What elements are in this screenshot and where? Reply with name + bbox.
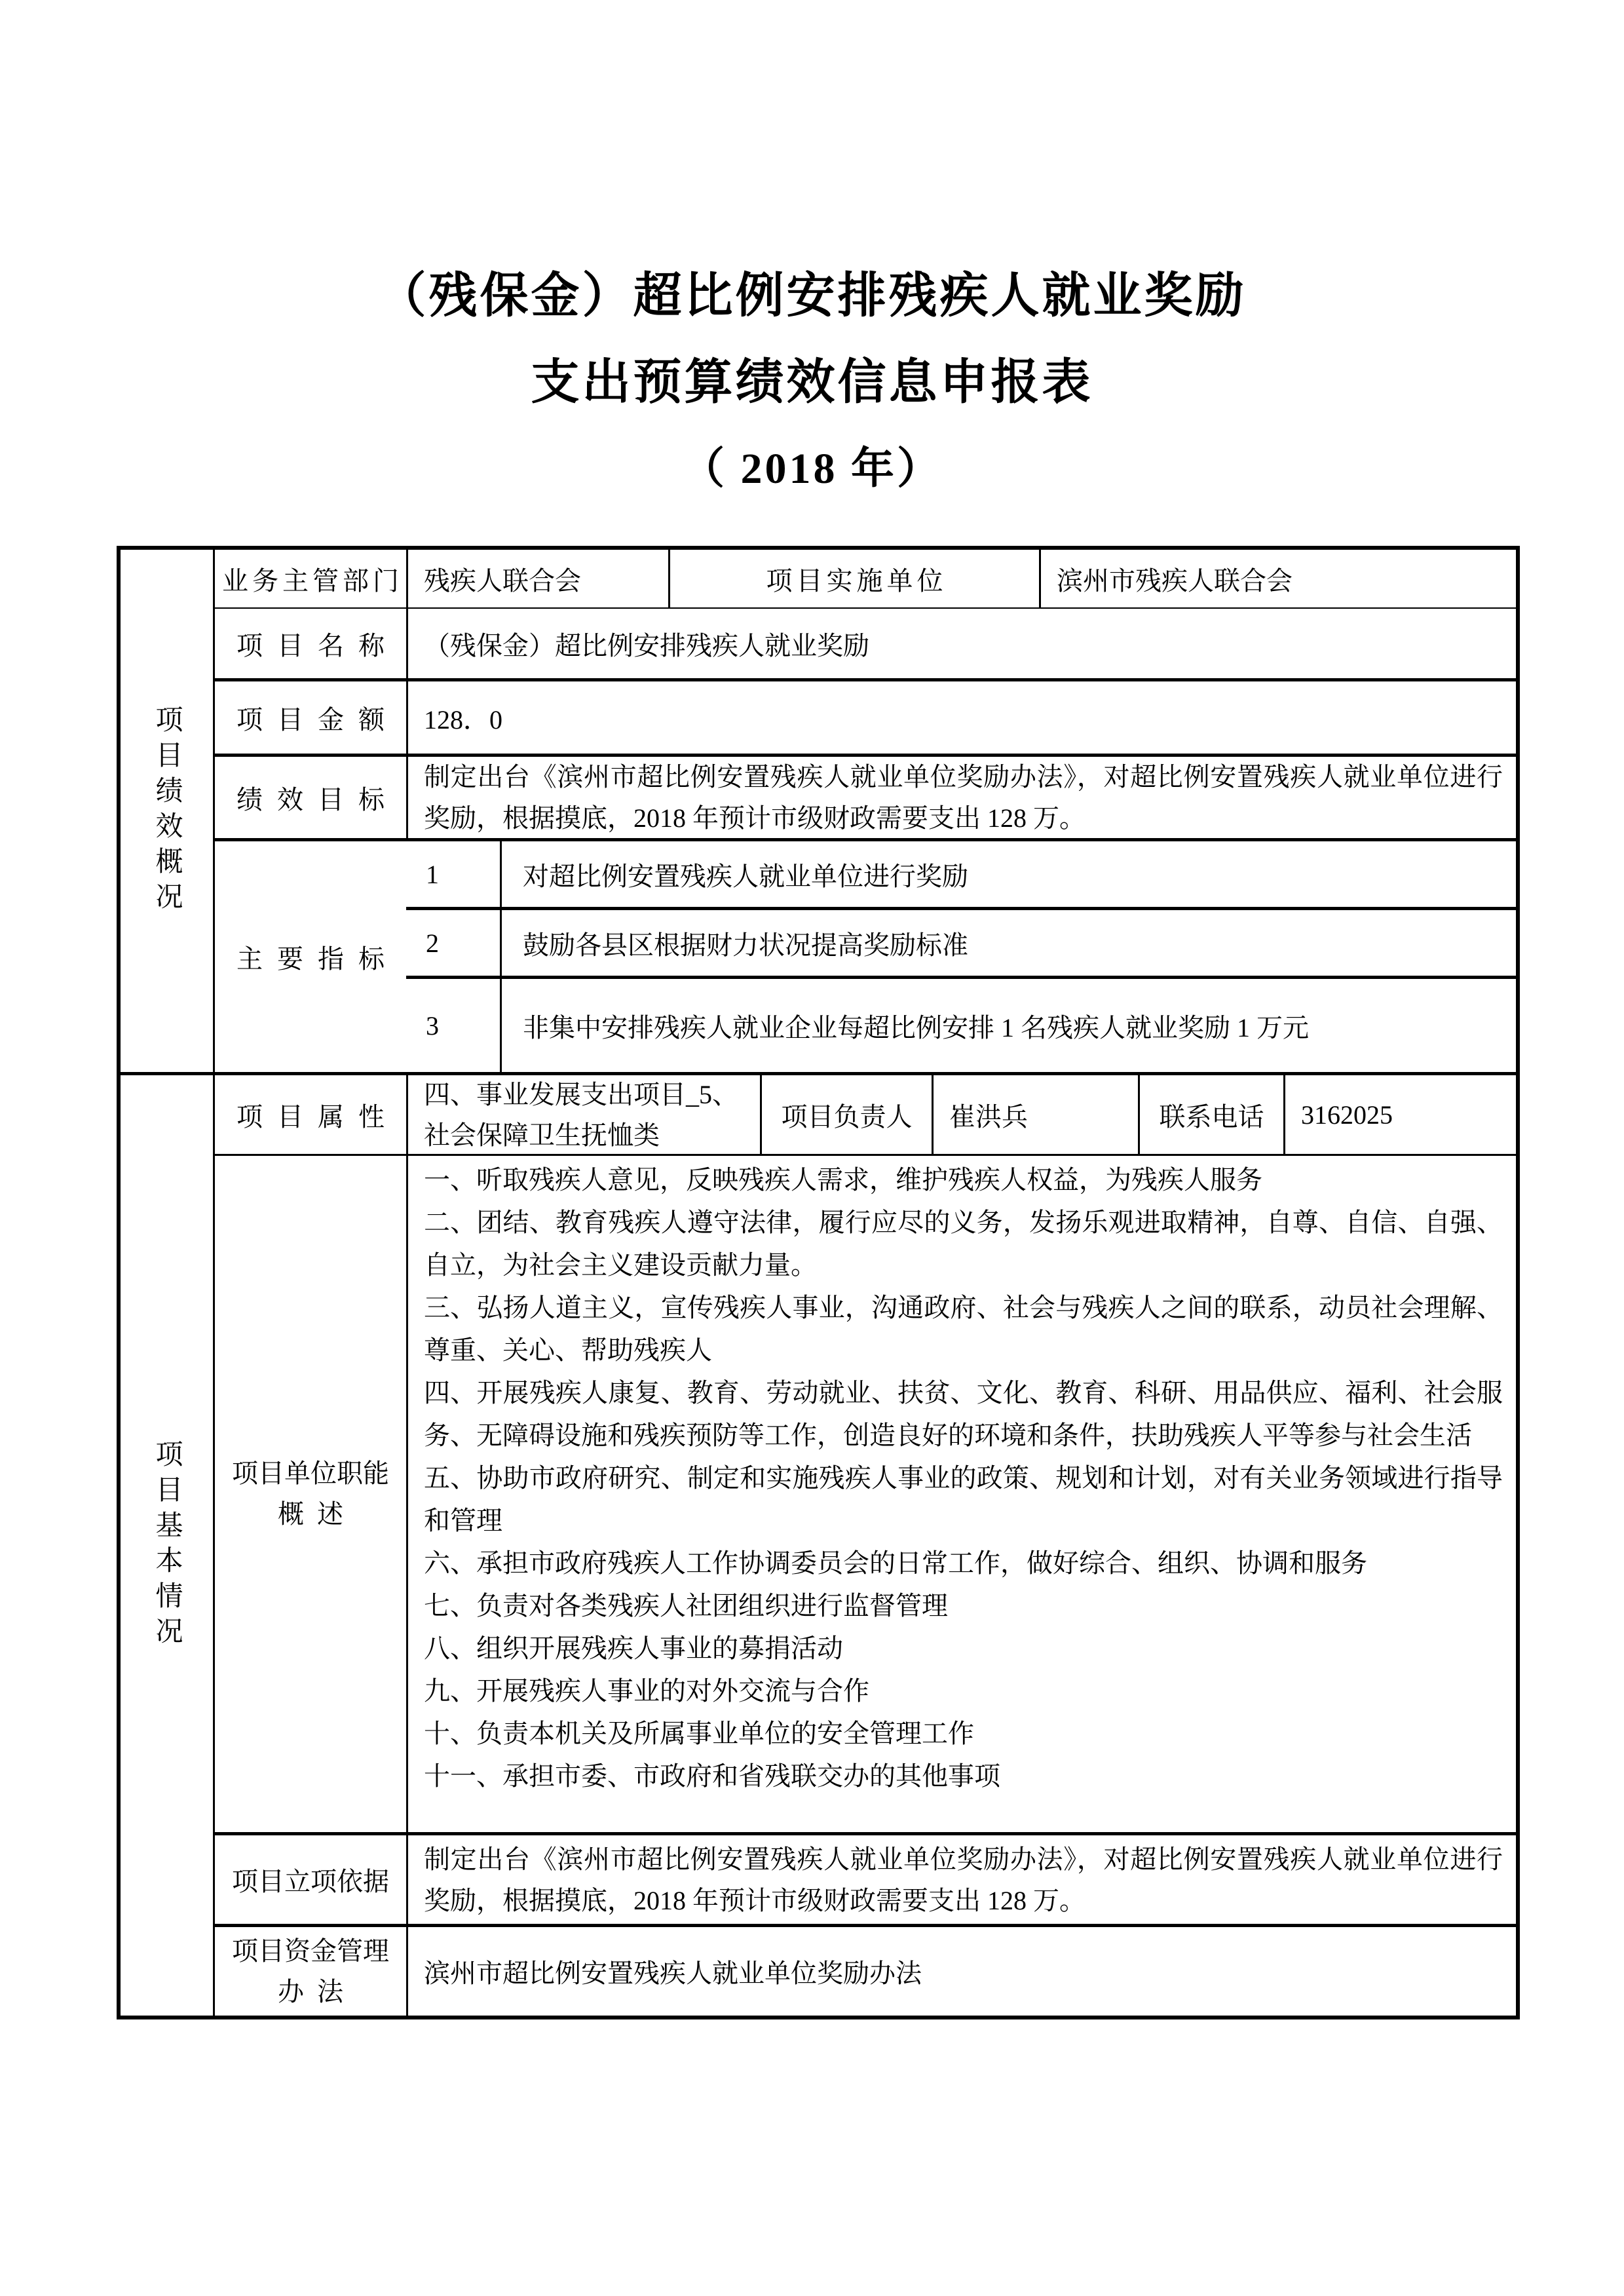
project-leader-value: 崔洪兵 [949, 1096, 1028, 1134]
indicator-rows: 1 对超比例安置残疾人就业单位进行奖励 2 鼓励各县区根据财力状况提高奖 [406, 841, 1516, 1072]
fund-management-label: 项目资金管理 办法 [215, 1931, 406, 2012]
duty-item: 七、负责对各类残疾人社团组织进行监督管理 [424, 1584, 1503, 1627]
project-name-label-cell: 项目名称 [215, 609, 406, 678]
section-performance-overview: 项目绩效概况 业务主管部门 残疾人联合会 项目实施单位 滨州市残疾人联合会 [121, 550, 1516, 1072]
fund-management-label-cell: 项目资金管理 办法 [215, 1927, 406, 2016]
indicator-2-number-cell: 2 [406, 910, 500, 976]
implementing-unit-value-cell: 滨州市残疾人联合会 [1039, 550, 1516, 607]
fund-management-label-line2: 办法 [215, 1972, 406, 2012]
project-amount-value-cell: 128．0 [406, 681, 1516, 754]
main-indicators-label-cell: 主要指标 [215, 841, 406, 1072]
duty-item: 十一、承担市委、市政府和省残联交办的其他事项 [424, 1755, 1503, 1797]
duty-item: 十、负责本机关及所属事业单位的安全管理工作 [424, 1712, 1503, 1755]
project-leader-value-cell: 崔洪兵 [932, 1075, 1138, 1154]
performance-target-value: 制定出台《滨州市超比例安置残疾人就业单位奖励办法》，对超比例安置残疾人就业单位进… [424, 747, 1503, 848]
row-project-amount: 项目金额 128．0 [215, 678, 1516, 754]
duty-item: 四、开展残疾人康复、教育、劳动就业、扶贫、文化、教育、科研、用品供应、福利、社会… [424, 1371, 1503, 1457]
unit-functions-label-line1: 项目单位职能 [215, 1453, 406, 1494]
duty-item: 三、弘扬人道主义，宣传残疾人事业，沟通政府、社会与残疾人之间的联系，动员社会理解… [424, 1286, 1503, 1371]
row-project-attribute: 项目属性 四、事业发展支出项目_5、社会保障卫生抚恤类 项目负责人 崔洪兵 联系… [215, 1075, 1516, 1154]
indicator-1-number-cell: 1 [406, 841, 500, 907]
title-year: （ 2018 年） [0, 440, 1624, 498]
section-basic-info: 项目基本情况 项目属性 四、事业发展支出项目_5、社会保障卫生抚恤类 项目负责人… [121, 1072, 1516, 2016]
project-name-label: 项目名称 [222, 625, 399, 662]
contact-phone-value-cell: 3162025 [1283, 1075, 1516, 1154]
competent-department-label: 业务主管部门 [218, 560, 403, 598]
project-attribute-value-cell: 四、事业发展支出项目_5、社会保障卫生抚恤类 [406, 1075, 760, 1154]
project-amount-label-cell: 项目金额 [215, 681, 406, 754]
duty-item: 九、开展残疾人事业的对外交流与合作 [424, 1670, 1503, 1712]
unit-functions-list: 一、听取残疾人意见，反映残疾人需求，维护残疾人权益，为残疾人服务二、团结、教育残… [408, 1156, 1516, 1797]
document-title: （残保金）超比例安排残疾人就业奖励 支出预算绩效信息申报表 （ 2018 年） [0, 267, 1624, 527]
section2-side-label: 项目基本情况 [153, 1440, 181, 1652]
indicator-row-3: 3 非集中安排残疾人就业企业每超比例安排 1 名残疾人就业奖励 1 万元 [406, 976, 1516, 1072]
main-indicators-label: 主要指标 [222, 938, 399, 976]
project-basis-label-cell: 项目立项依据 [215, 1835, 406, 1924]
indicator-1-number: 1 [426, 859, 439, 890]
duty-item: 一、听取残疾人意见，反映残疾人需求，维护残疾人权益，为残疾人服务 [424, 1158, 1503, 1201]
indicator-1-text: 对超比例安置残疾人就业单位进行奖励 [523, 856, 968, 893]
indicator-1-text-cell: 对超比例安置残疾人就业单位进行奖励 [500, 841, 1516, 907]
indicator-3-text: 非集中安排残疾人就业企业每超比例安排 1 名残疾人就业奖励 1 万元 [523, 1007, 1309, 1044]
row-project-basis: 项目立项依据 制定出台《滨州市超比例安置残疾人就业单位奖励办法》，对超比例安置残… [215, 1832, 1516, 1924]
indicator-2-text: 鼓励各县区根据财力状况提高奖励标准 [523, 925, 968, 962]
project-leader-label-cell: 项目负责人 [760, 1075, 932, 1154]
indicator-3-text-cell: 非集中安排残疾人就业企业每超比例安排 1 名残疾人就业奖励 1 万元 [500, 979, 1516, 1072]
project-name-value-cell: （残保金）超比例安排残疾人就业奖励 [406, 609, 1516, 678]
fund-management-value: 滨州市超比例安置残疾人就业单位奖励办法 [424, 1953, 922, 1990]
competent-department-label-cell: 业务主管部门 [215, 550, 406, 607]
competent-department-value: 残疾人联合会 [424, 560, 581, 598]
row-competent-department: 业务主管部门 残疾人联合会 项目实施单位 滨州市残疾人联合会 [215, 550, 1516, 607]
row-main-indicators: 主要指标 1 对超比例安置残疾人就业单位进行奖励 [215, 838, 1516, 1072]
implementing-unit-label: 项目实施单位 [763, 560, 947, 598]
unit-functions-label: 项目单位职能 概述 [215, 1453, 406, 1535]
project-basis-label: 项目立项依据 [232, 1861, 389, 1898]
indicator-row-2: 2 鼓励各县区根据财力状况提高奖励标准 [406, 907, 1516, 976]
performance-target-value-cell: 制定出台《滨州市超比例安置残疾人就业单位奖励办法》，对超比例安置残疾人就业单位进… [406, 757, 1516, 838]
indicator-2-number: 2 [426, 928, 439, 959]
duty-item: 二、团结、教育残疾人遵守法律，履行应尽的义务，发扬乐观进取精神，自尊、自信、自强… [424, 1201, 1503, 1286]
title-line-2: 支出预算绩效信息申报表 [0, 354, 1624, 411]
row-fund-management: 项目资金管理 办法 滨州市超比例安置残疾人就业单位奖励办法 [215, 1924, 1516, 2016]
project-attribute-label-cell: 项目属性 [215, 1075, 406, 1154]
performance-target-label: 绩效目标 [222, 779, 399, 816]
competent-department-value-cell: 残疾人联合会 [406, 550, 668, 607]
performance-target-label-cell: 绩效目标 [215, 757, 406, 838]
unit-functions-value-cell: 一、听取残疾人意见，反映残疾人需求，维护残疾人权益，为残疾人服务二、团结、教育残… [406, 1156, 1516, 1832]
project-attribute-value: 四、事业发展支出项目_5、社会保障卫生抚恤类 [424, 1075, 747, 1156]
section1-side-cell: 项目绩效概况 [121, 550, 215, 1072]
unit-functions-label-cell: 项目单位职能 概述 [215, 1156, 406, 1832]
section1-rows: 业务主管部门 残疾人联合会 项目实施单位 滨州市残疾人联合会 项目名称 [215, 550, 1516, 1072]
project-basis-value: 制定出台《滨州市超比例安置残疾人就业单位奖励办法》，对超比例安置残疾人就业单位进… [424, 1829, 1503, 1930]
document-page: （残保金）超比例安排残疾人就业奖励 支出预算绩效信息申报表 （ 2018 年） … [0, 0, 1624, 2296]
section2-rows: 项目属性 四、事业发展支出项目_5、社会保障卫生抚恤类 项目负责人 崔洪兵 联系… [215, 1075, 1516, 2016]
fund-management-label-line1: 项目资金管理 [215, 1931, 406, 1972]
row-performance-target: 绩效目标 制定出台《滨州市超比例安置残疾人就业单位奖励办法》，对超比例安置残疾人… [215, 754, 1516, 838]
section1-side-label: 项目绩效概况 [153, 705, 181, 917]
duty-item: 五、协助市政府研究、制定和实施残疾人事业的政策、规划和计划，对有关业务领域进行指… [424, 1457, 1503, 1542]
project-amount-value: 128．0 [424, 699, 502, 737]
indicator-2-text-cell: 鼓励各县区根据财力状况提高奖励标准 [500, 910, 1516, 976]
indicator-3-number-cell: 3 [406, 979, 500, 1072]
row-project-name: 项目名称 （残保金）超比例安排残疾人就业奖励 [215, 607, 1516, 678]
unit-functions-label-line2: 概述 [215, 1494, 406, 1535]
implementing-unit-label-cell: 项目实施单位 [668, 550, 1039, 607]
project-leader-label: 项目负责人 [782, 1096, 913, 1134]
duty-item: 八、组织开展残疾人事业的募捐活动 [424, 1627, 1503, 1670]
fund-management-value-cell: 滨州市超比例安置残疾人就业单位奖励办法 [406, 1927, 1516, 2016]
title-line-1: （残保金）超比例安排残疾人就业奖励 [0, 267, 1624, 325]
project-amount-label: 项目金额 [222, 699, 399, 737]
contact-phone-label-cell: 联系电话 [1138, 1075, 1283, 1154]
project-attribute-label: 项目属性 [222, 1096, 399, 1134]
implementing-unit-value: 滨州市残疾人联合会 [1057, 560, 1293, 598]
contact-phone-label: 联系电话 [1160, 1096, 1264, 1134]
indicator-row-1: 1 对超比例安置残疾人就业单位进行奖励 [406, 841, 1516, 907]
declaration-table: 项目绩效概况 业务主管部门 残疾人联合会 项目实施单位 滨州市残疾人联合会 [117, 546, 1520, 2019]
indicator-3-number: 3 [426, 1010, 439, 1041]
contact-phone-value: 3162025 [1301, 1100, 1393, 1130]
section2-side-cell: 项目基本情况 [121, 1075, 215, 2016]
project-basis-value-cell: 制定出台《滨州市超比例安置残疾人就业单位奖励办法》，对超比例安置残疾人就业单位进… [406, 1835, 1516, 1924]
project-name-value: （残保金）超比例安排残疾人就业奖励 [424, 625, 869, 662]
duty-item: 六、承担市政府残疾人工作协调委员会的日常工作，做好综合、组织、协调和服务 [424, 1542, 1503, 1584]
row-unit-functions: 项目单位职能 概述 一、听取残疾人意见，反映残疾人需求，维护残疾人权益，为残疾人… [215, 1154, 1516, 1832]
